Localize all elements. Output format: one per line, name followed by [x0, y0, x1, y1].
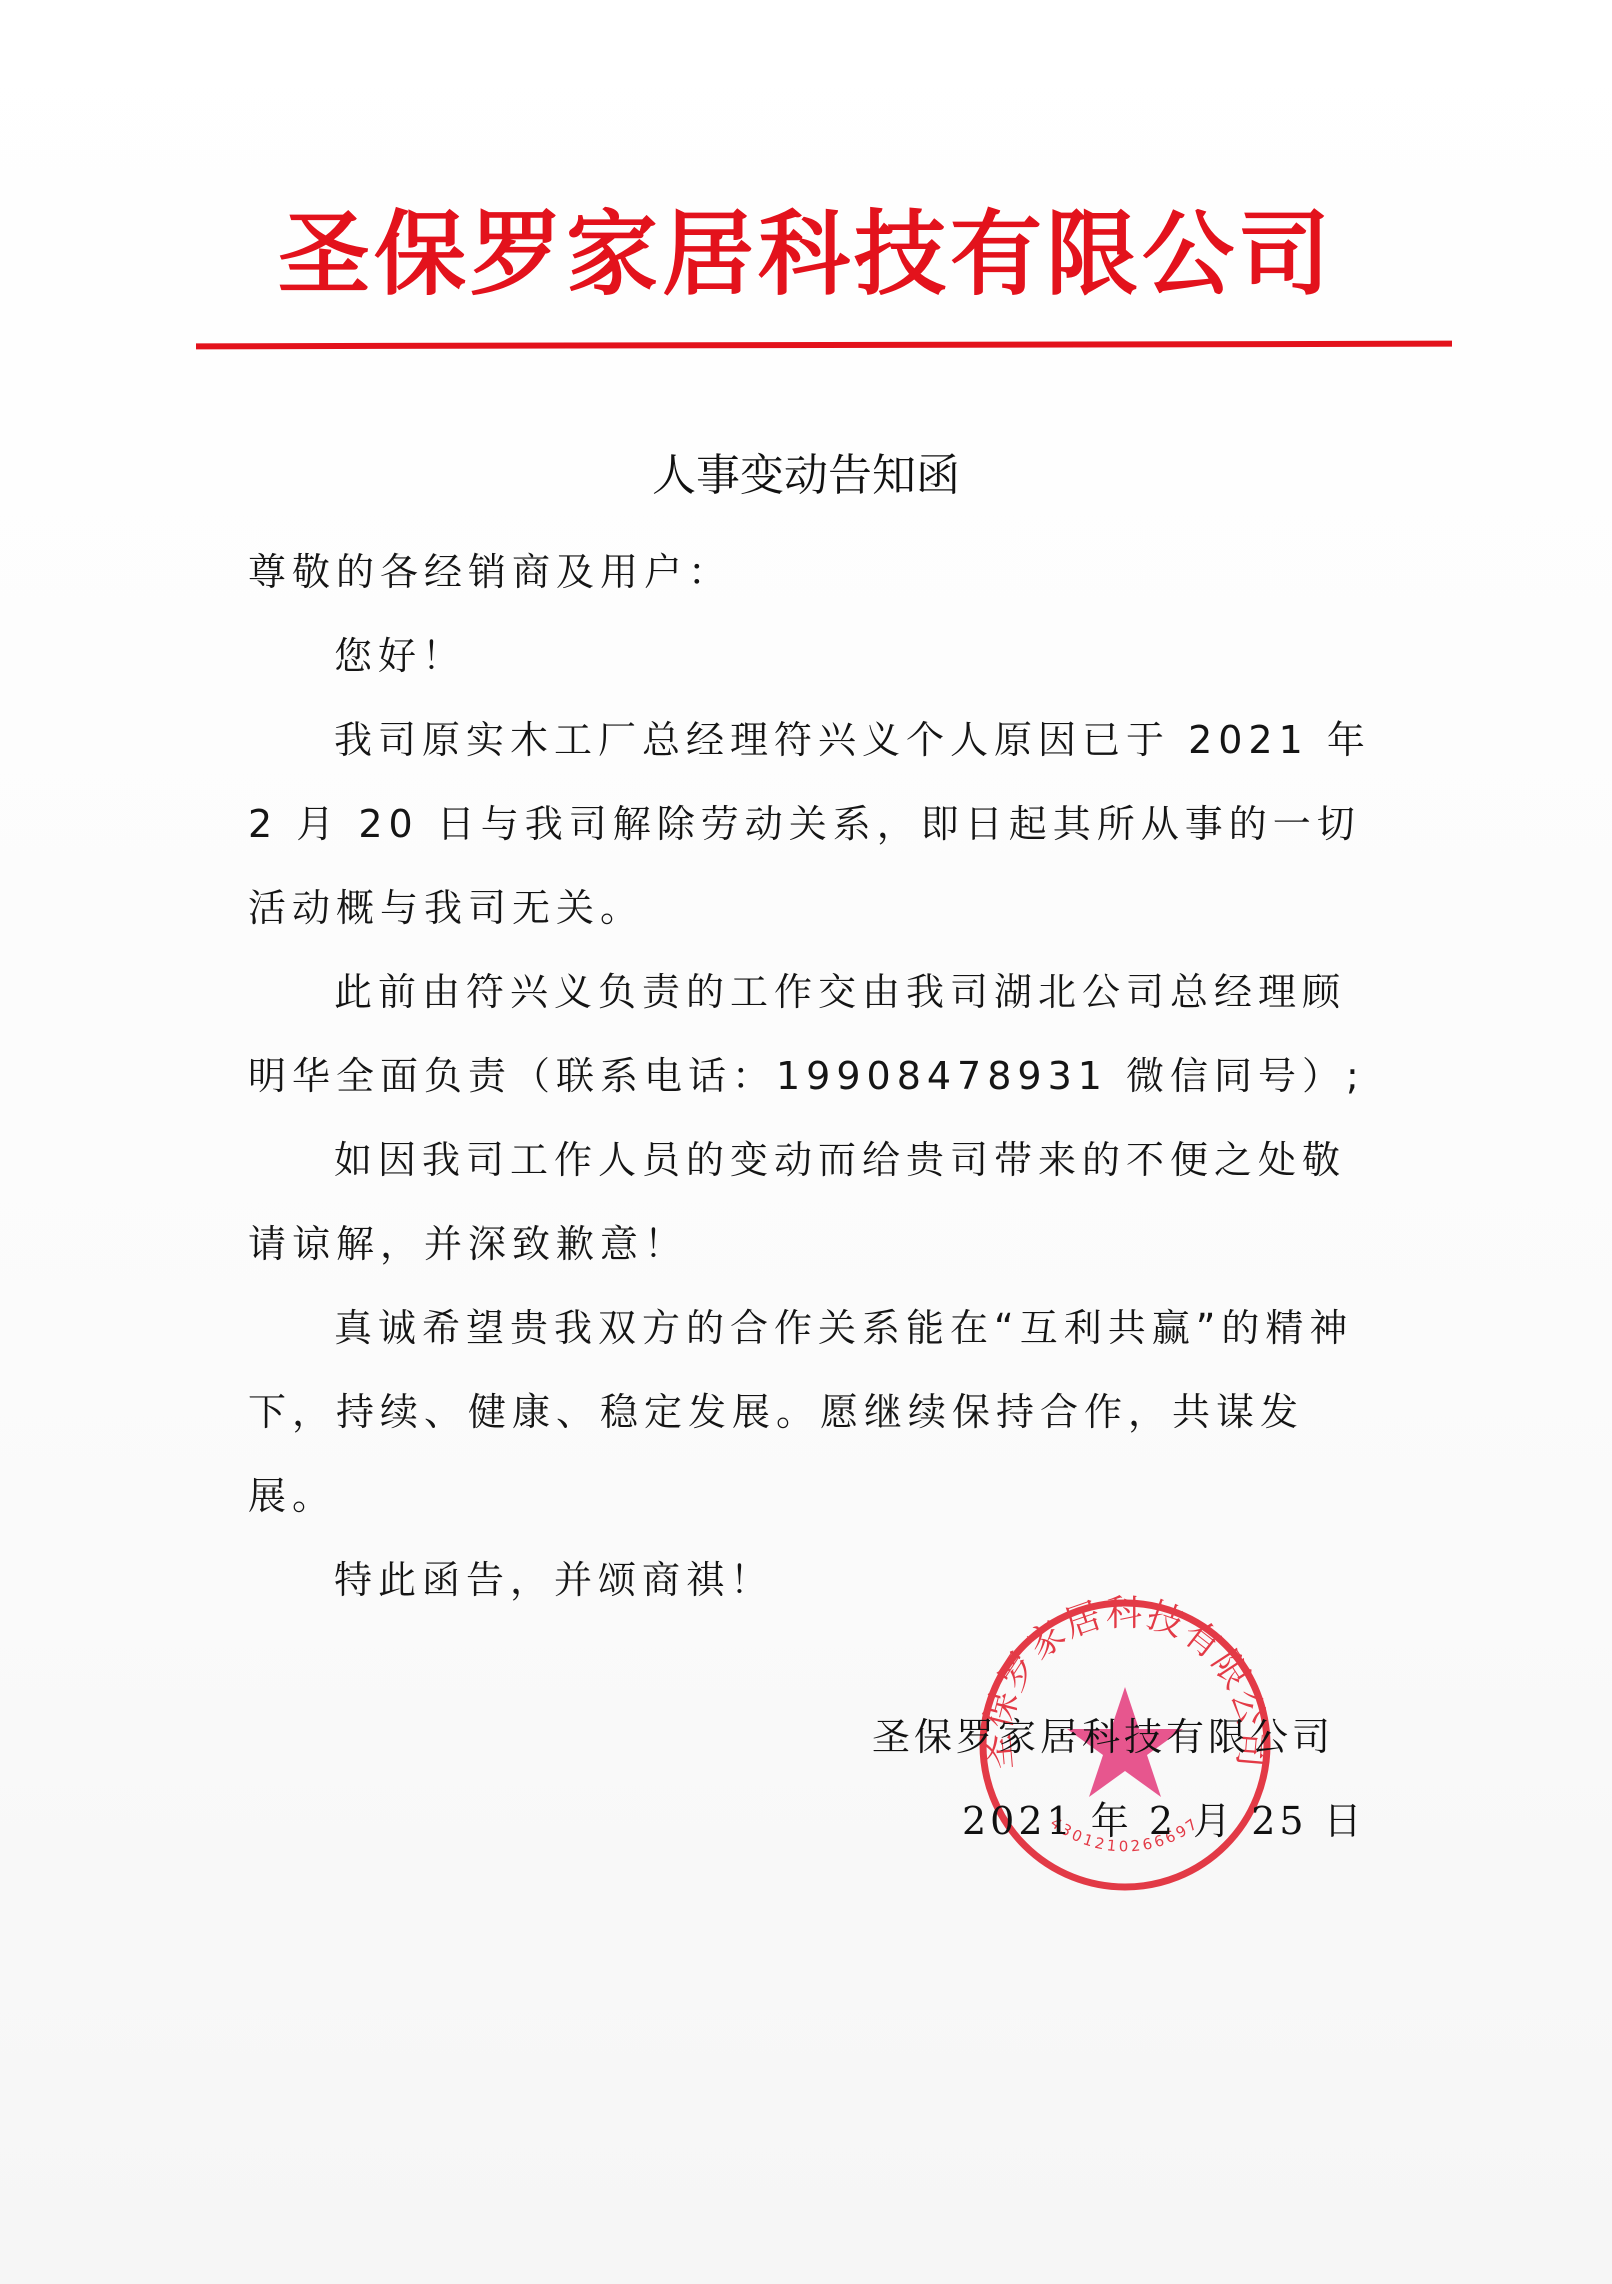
paragraph-apology: 如因我司工作人员的变动而给贵司带来的不便之处敬请谅解，并深致歉意！	[248, 1118, 1378, 1286]
paragraph-handover: 此前由符兴义负责的工作交由我司湖北公司总经理顾明华全面负责（联系电话：19908…	[248, 950, 1378, 1118]
paragraph-resignation: 我司原实木工厂总经理符兴义个人原因已于 2021 年 2 月 20 日与我司解除…	[248, 698, 1378, 950]
signature-date: 2021 年 2 月 25 日	[872, 1779, 1372, 1863]
letterhead-company-name: 圣保罗家居科技有限公司	[0, 200, 1612, 310]
salutation: 尊敬的各经销商及用户：	[248, 530, 1378, 614]
letter-page: 圣保罗家居科技有限公司 人事变动告知函 尊敬的各经销商及用户： 您好！ 我司原实…	[0, 0, 1612, 2284]
signature-block: 圣保罗家居科技有限公司 2021 年 2 月 25 日	[872, 1695, 1372, 1863]
paragraph-cooperation: 真诚希望贵我双方的合作关系能在“互利共赢”的精神下，持续、健康、稳定发展。愿继续…	[248, 1286, 1378, 1538]
letterhead-divider	[196, 341, 1452, 350]
document-title: 人事变动告知函	[0, 448, 1612, 504]
letter-body: 尊敬的各经销商及用户： 您好！ 我司原实木工厂总经理符兴义个人原因已于 2021…	[248, 530, 1378, 1622]
greeting: 您好！	[248, 614, 1378, 698]
signature-company: 圣保罗家居科技有限公司	[872, 1695, 1372, 1779]
